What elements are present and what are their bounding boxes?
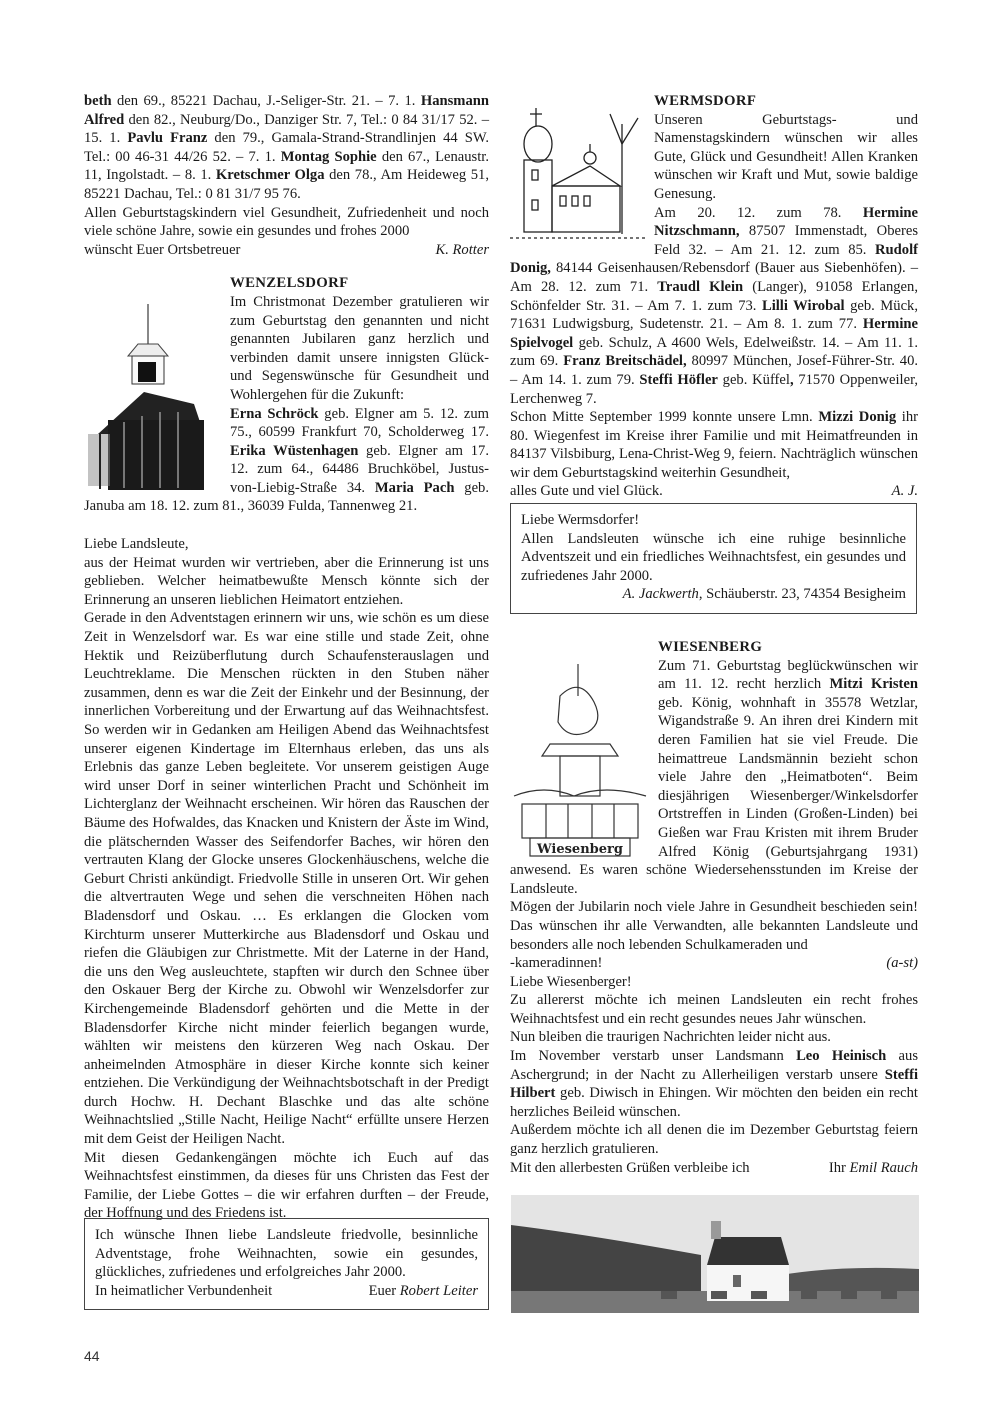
greeting-box-jackwerth: Liebe Wermsdorfer! Allen Landsleuten wün… xyxy=(510,503,917,614)
wiesenberg-drawing: Wiesenberg xyxy=(510,656,650,861)
ortsbetreuer-greeting: Allen Geburtstagskindern viel Gesundheit… xyxy=(84,204,489,241)
box-signature: Euer Robert Leiter xyxy=(369,1282,478,1301)
wiesenberg-wish: Mögen der Jubilarin noch viele Jahre in … xyxy=(510,898,918,954)
signature-line: wünscht Euer Ortsbetreuer K. Rotter xyxy=(84,241,489,260)
letter-paragraph-2: Gerade in den Adventstagen erinnern wir … xyxy=(84,609,489,1148)
church-drawing-icon xyxy=(510,104,646,246)
greeting-box-robert-leiter: Ich wünsche Ihnen liebe Landsleute fried… xyxy=(84,1218,489,1310)
heading-wiesenberg: WIESENBERG xyxy=(510,638,918,657)
letter-paragraph-1: aus der Heimat wurden wir vertrieben, ab… xyxy=(84,554,489,610)
signature-a-j: A. J. xyxy=(892,482,918,501)
wermsdorf-signature-line: alles Gute und viel Glück. A. J. xyxy=(510,482,918,501)
box-closing: In heimatlicher Verbundenheit xyxy=(95,1282,272,1301)
wiesenberg-letter-p1: Zu allererst möchte ich meinen Landsleut… xyxy=(510,991,918,1028)
birthday-list-continued: beth den 69., 85221 Dachau, J.-Seliger-S… xyxy=(84,92,489,204)
page-number: 44 xyxy=(84,1347,100,1366)
left-column: beth den 69., 85221 Dachau, J.-Seliger-S… xyxy=(84,92,489,1223)
wiesenberg-letter-p3: Im November verstarb unser Landsmann Leo… xyxy=(510,1047,918,1121)
wermsdorf-late-birthday: Schon Mitte September 1999 konnte unsere… xyxy=(510,408,918,482)
letter-liebe-landsleute: Liebe Landsleute, aus der Heimat wurden … xyxy=(84,535,489,1223)
closing-text: wünscht Euer Ortsbetreuer xyxy=(84,241,240,260)
wiesenberg-chapel-photo xyxy=(511,1195,919,1313)
chapel-landscape-photo-icon xyxy=(511,1195,919,1313)
section-wiesenberg: Wiesenberg WIESENBERG Zum 71. Geburtstag… xyxy=(510,638,918,1177)
section-wenzelsdorf: WENZELSDORF Im Christmonat Dezember grat… xyxy=(84,274,489,516)
letter-salutation: Liebe Landsleute, xyxy=(84,535,489,554)
wiesenberg-letter-salutation: Liebe Wiesenberger! xyxy=(510,973,918,992)
wiesenberg-emblem-icon: Wiesenberg xyxy=(510,656,650,861)
box-text: Allen Landsleuten wünsche ich eine ruhig… xyxy=(521,530,906,586)
wermsdorf-drawing xyxy=(510,104,646,246)
box-salutation: Liebe Wermsdorfer! xyxy=(521,511,906,530)
wiesenberg-letter-p2: Nun bleiben die traurigen Nachrichten le… xyxy=(510,1028,918,1047)
signature-k-rotter: K. Rotter xyxy=(435,241,489,260)
wiesenberg-letter-signature: Mit den allerbesten Grüßen verbleibe ich… xyxy=(510,1159,918,1178)
wenzelsdorf-photo xyxy=(84,284,222,496)
wiesenberg-wish-signature: -kameradinnen! (a-st) xyxy=(510,954,918,973)
chapel-photo-icon xyxy=(84,284,222,496)
box-text: Ich wünsche Ihnen liebe Landsleute fried… xyxy=(95,1226,478,1282)
right-column: WERMSDORF Unseren Geburtstags- und Namen… xyxy=(510,92,918,501)
section-wermsdorf: WERMSDORF Unseren Geburtstags- und Namen… xyxy=(510,92,918,501)
box-signature: A. Jackwerth, Schäuberstr. 23, 74354 Bes… xyxy=(521,585,906,604)
box-signature-line: In heimatlicher Verbundenheit Euer Rober… xyxy=(95,1282,478,1301)
svg-text:Wiesenberg: Wiesenberg xyxy=(536,842,623,857)
letter-paragraph-3: Mit diesen Gedankengängen möchte ich Euc… xyxy=(84,1149,489,1223)
wiesenberg-letter-p4: Außerdem möchte ich all denen die im Dez… xyxy=(510,1121,918,1158)
